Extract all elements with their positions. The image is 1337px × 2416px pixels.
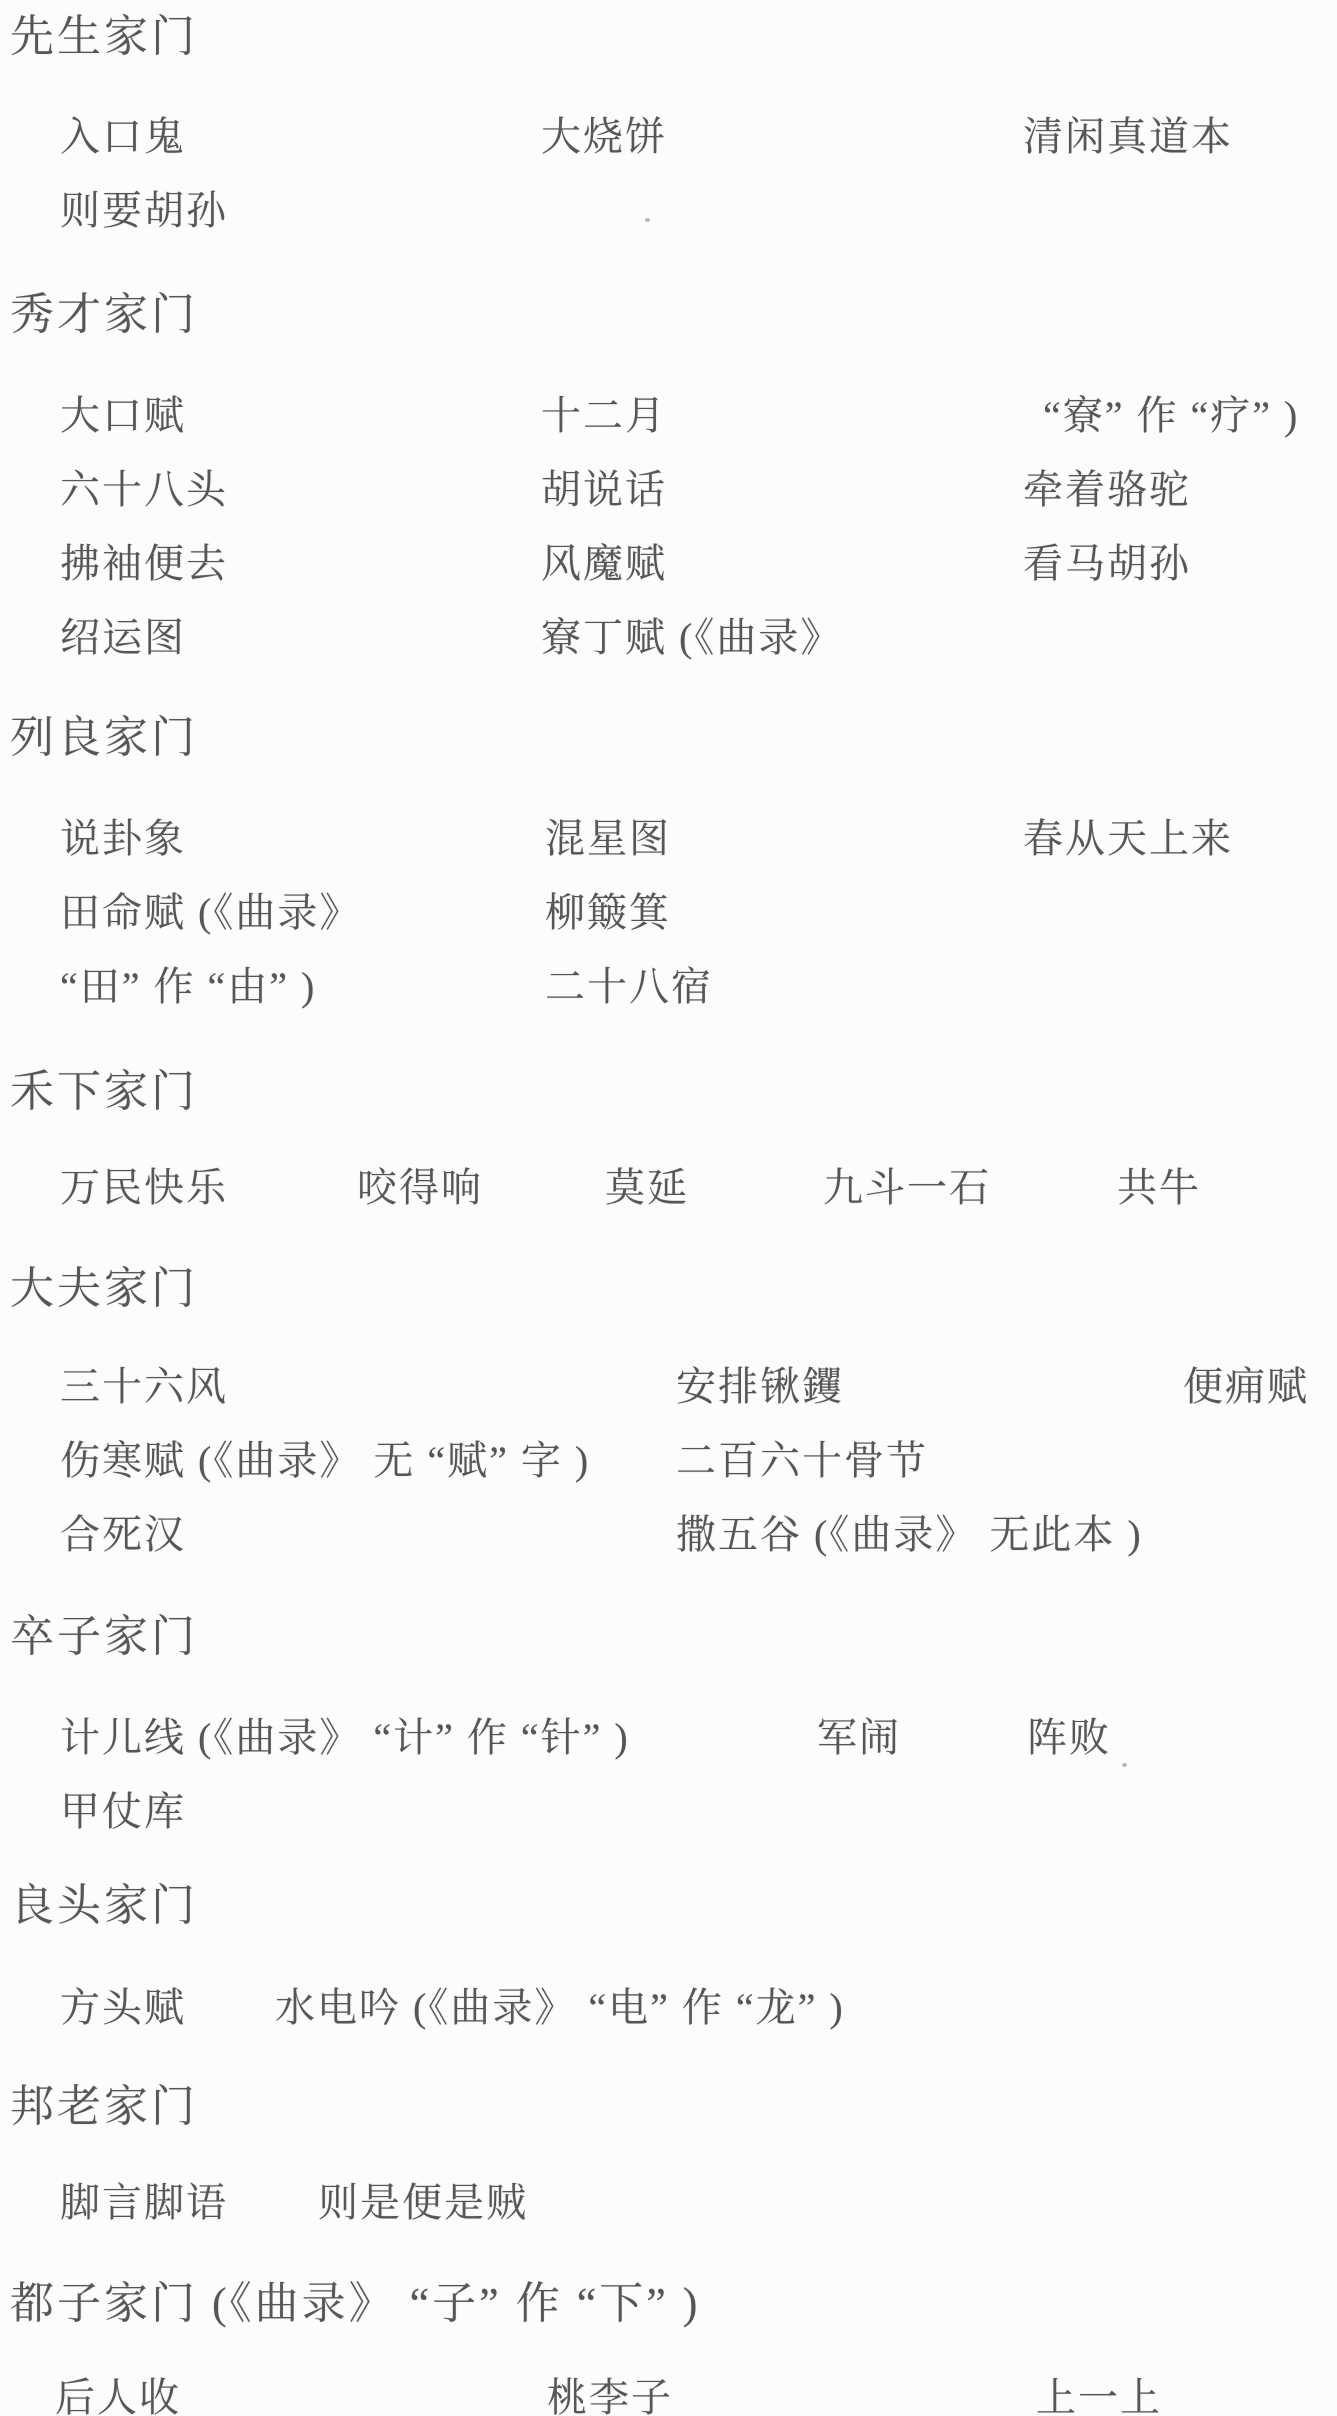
- entry-text: 牵着骆驼: [1023, 470, 1191, 510]
- entry-text: 方头赋: [60, 1988, 186, 2028]
- entry-text: 二十八宿: [545, 967, 713, 1007]
- entry-text: 大口赋: [60, 396, 186, 436]
- entry-text: 安排锹钁: [676, 1367, 844, 1407]
- section-heading: 秀才家门: [10, 293, 198, 337]
- entry-text: 胡说话: [541, 470, 667, 510]
- entry-text: 则是便是贼: [318, 2183, 528, 2223]
- entry-text: 拂袖便去: [60, 544, 228, 584]
- entry-text: 咬得响: [357, 1168, 483, 1208]
- entry-text: 便痈赋: [1183, 1367, 1309, 1407]
- entry-text: 共牛: [1117, 1168, 1201, 1208]
- entry-text: 后人收: [55, 2378, 181, 2416]
- section-heading: 都子家门 (《曲录》 “子” 作 “下” ): [10, 2282, 700, 2326]
- entry-text: 十二月: [541, 396, 667, 436]
- entry-text: 柳簸箕: [545, 893, 671, 933]
- entry-text: 三十六风: [60, 1367, 228, 1407]
- section-heading: 列良家门: [10, 716, 198, 760]
- entry-text: 风魔赋: [541, 544, 667, 584]
- entry-text: 桃李子: [547, 2378, 673, 2416]
- scan-speck: [1122, 1763, 1127, 1767]
- section-heading: 先生家门: [10, 15, 198, 59]
- entry-text: “田” 作 “由” ): [60, 967, 316, 1007]
- entry-text: “寮” 作 “疗” ): [1043, 396, 1299, 436]
- entry-text: 莫延: [605, 1168, 689, 1208]
- entry-text: 春从天上来: [1023, 819, 1233, 859]
- entry-text: 六十八头: [60, 470, 228, 510]
- entry-text: 伤寒赋 (《曲录》 无 “赋” 字 ): [60, 1441, 590, 1481]
- section-heading: 大夫家门: [10, 1267, 198, 1311]
- section-heading: 邦老家门: [10, 2085, 198, 2129]
- scan-speck: [645, 218, 650, 222]
- entry-text: 绍运图: [60, 618, 186, 658]
- entry-text: 看马胡孙: [1023, 544, 1191, 584]
- section-heading: 禾下家门: [10, 1070, 198, 1114]
- entry-text: 入口鬼: [60, 117, 186, 157]
- entry-text: 水电吟 (《曲录》 “电” 作 “龙” ): [275, 1988, 845, 2028]
- entry-text: 则要胡孙: [60, 191, 228, 231]
- entry-text: 甲仗库: [60, 1792, 186, 1832]
- entry-text: 上一上: [1036, 2378, 1162, 2416]
- entry-text: 阵败: [1027, 1718, 1111, 1758]
- entry-text: 二百六十骨节: [676, 1441, 928, 1481]
- entry-text: 计儿线 (《曲录》 “计” 作 “针” ): [60, 1718, 630, 1758]
- section-heading: 良头家门: [10, 1884, 198, 1928]
- section-heading: 卒子家门: [10, 1615, 198, 1659]
- entry-text: 万民快乐: [60, 1168, 228, 1208]
- scanned-book-page: 先生家门入口鬼大烧饼清闲真道本则要胡孙秀才家门大口赋十二月“寮” 作 “疗” )…: [0, 0, 1337, 2416]
- entry-text: 说卦象: [60, 819, 186, 859]
- entry-text: 军闹: [817, 1718, 901, 1758]
- entry-text: 大烧饼: [541, 117, 667, 157]
- entry-text: 清闲真道本: [1023, 117, 1233, 157]
- entry-text: 合死汉: [60, 1515, 186, 1555]
- entry-text: 撒五谷 (《曲录》 无此本 ): [676, 1515, 1143, 1555]
- entry-text: 寮丁赋 (《曲录》: [541, 618, 842, 658]
- entry-text: 田命赋 (《曲录》: [60, 893, 361, 933]
- entry-text: 脚言脚语: [60, 2183, 228, 2223]
- entry-text: 混星图: [545, 819, 671, 859]
- entry-text: 九斗一石: [823, 1168, 991, 1208]
